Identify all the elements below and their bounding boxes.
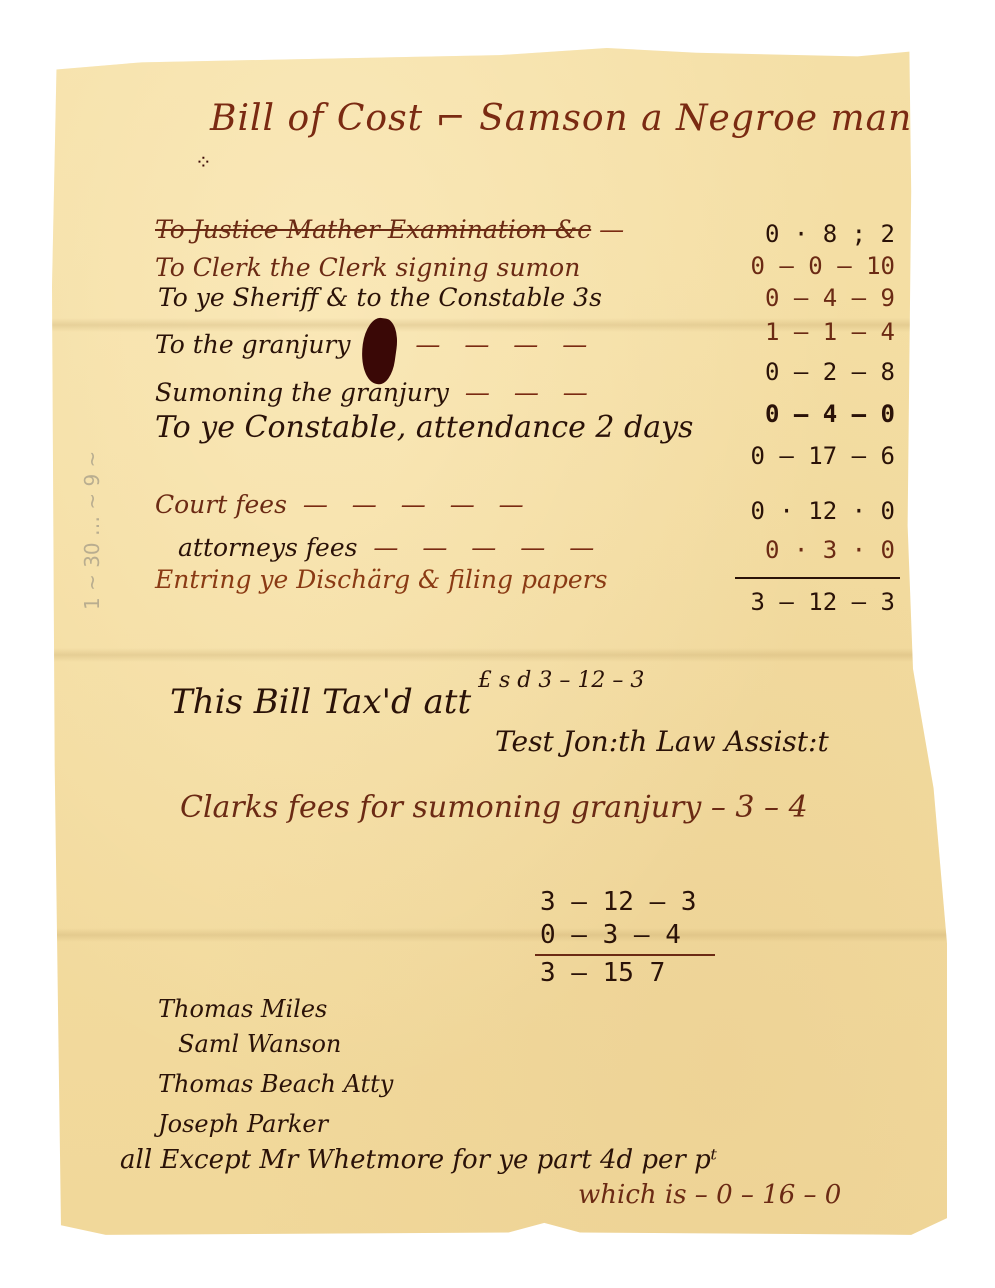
entry-clerk: To Clerk the Clerk signing sumon: [155, 253, 580, 282]
margin-pencil-note: 1 ~ 30 … ~ 9 ~: [80, 221, 104, 380]
sum-result: 3 – 15 7: [540, 958, 665, 988]
sum-row-1: 3 – 12 – 3: [540, 887, 697, 917]
amount-sheriff: 0 – 4 – 9: [765, 284, 895, 312]
signatory-name: Joseph Parker: [158, 1110, 328, 1138]
fold-crease: [52, 928, 947, 942]
ink-specks: ⁘: [195, 150, 212, 174]
clerk-fees-line: Clarks fees for sumoning granjury – 3 – …: [180, 790, 808, 825]
amount-justice: 0 · 8 ; 2: [765, 220, 895, 248]
signatory-name: Saml Wanson: [178, 1030, 341, 1058]
signatory-name: Thomas Miles: [158, 995, 327, 1023]
amount-granjury: 1 – 1 – 4: [765, 318, 895, 346]
total-rule: [735, 577, 900, 579]
sum-row-2: 0 – 3 – 4: [540, 920, 681, 950]
total-amount: 3 – 12 – 3: [751, 588, 896, 616]
taxed-line: This Bill Tax'd att: [170, 682, 471, 722]
entry-attorneys: attorneys fees — — — — —: [178, 533, 602, 562]
fold-crease: [52, 648, 947, 662]
attestation: Test Jon:th Law Assist:t: [495, 725, 829, 758]
entry-sheriff: To ye Sheriff & to the Constable 3s: [158, 283, 602, 312]
sum-rule: [535, 954, 715, 956]
taxed-amount: £ s d 3 – 12 – 3: [478, 668, 644, 693]
entry-constable: To ye Constable, attendance 2 days: [155, 410, 693, 445]
footer-amount: which is – 0 – 16 – 0: [578, 1180, 841, 1210]
amount-sumoning: 0 – 2 – 8: [765, 358, 895, 386]
document-title: Bill of Cost ⌐ Samson a Negroe man: [210, 98, 912, 139]
entry-court-fees: Court fees — — — — —: [155, 490, 532, 519]
amount-subtotal: 0 – 17 – 6: [751, 442, 896, 470]
amount-court-fees: 0 · 12 · 0: [751, 497, 896, 525]
footer-line: all Except Mr Whetmore for ye part 4d pe…: [120, 1145, 717, 1175]
amount-constable: 0 – 4 – 0: [765, 400, 895, 428]
entry-entring: Entring ye Dischärg & filing papers: [155, 565, 607, 594]
amount-attorneys: 0 · 3 · 0: [765, 536, 895, 564]
signatory-name: Thomas Beach Atty: [158, 1070, 393, 1098]
amount-clerk: 0 – 0 – 10: [751, 252, 896, 280]
entry-justice: To Justice Mather Examination &c —: [155, 215, 632, 244]
